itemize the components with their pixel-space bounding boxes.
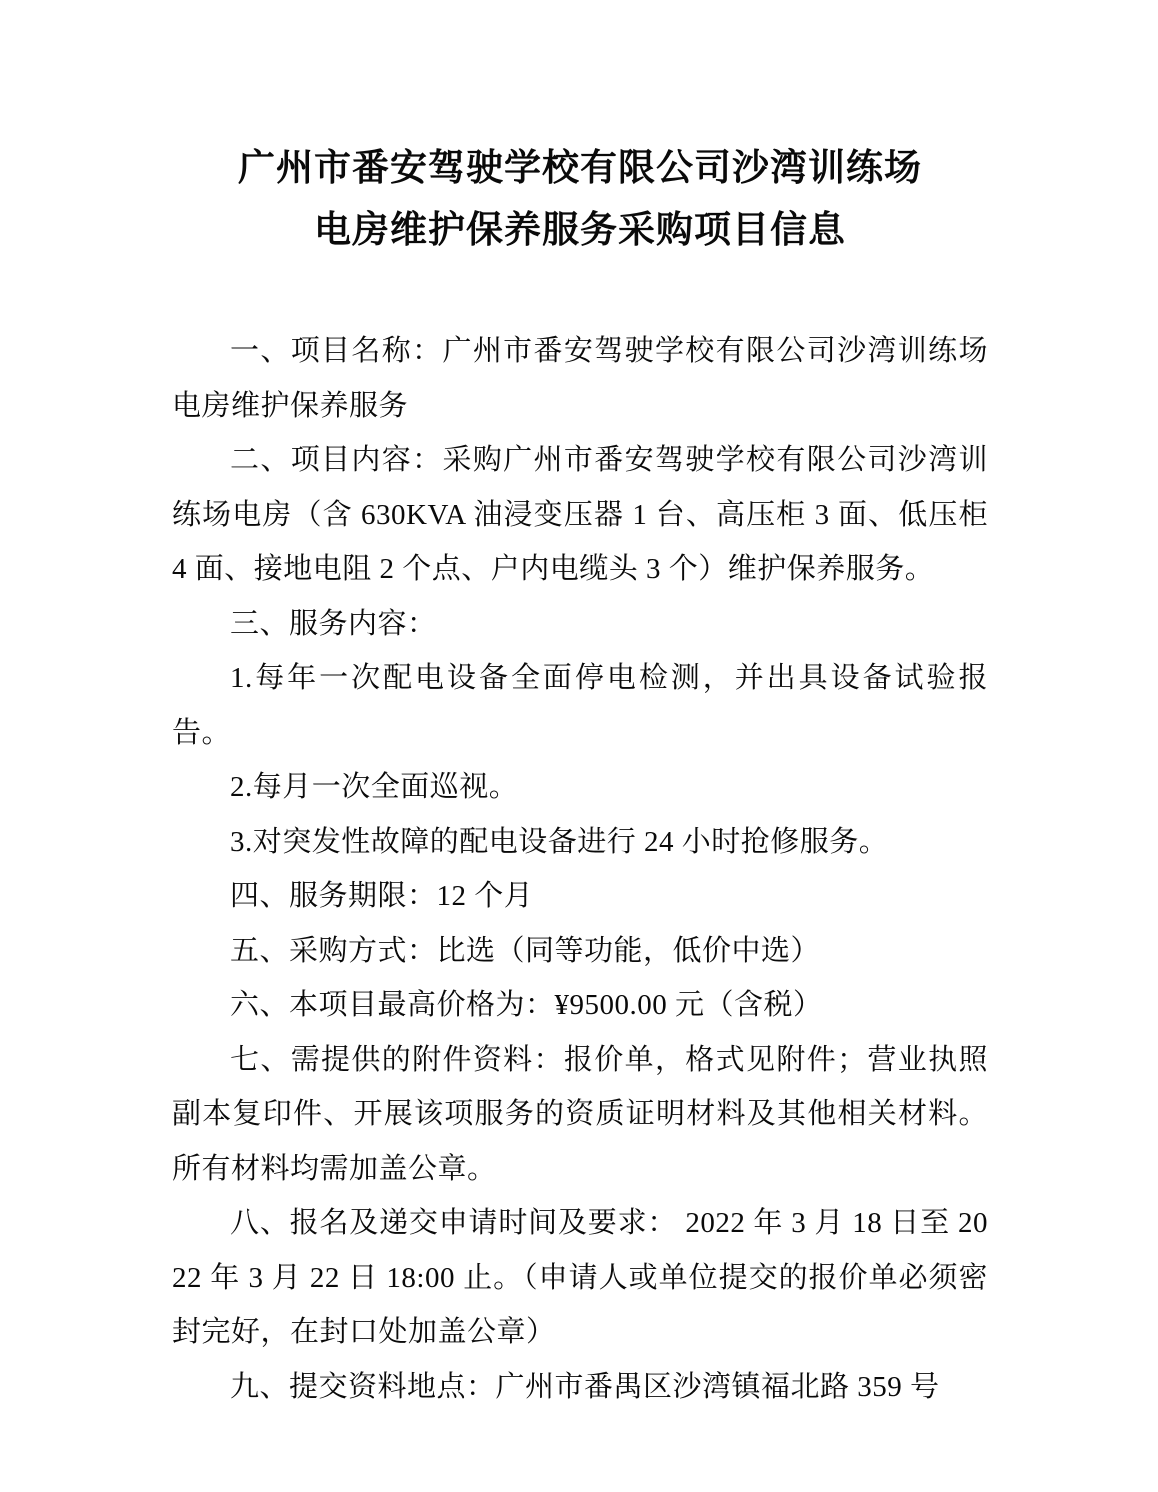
document-page: 广州市番安驾驶学校有限公司沙湾训练场 电房维护保养服务采购项目信息 一、项目名称… — [0, 0, 1158, 1492]
document-content: 广州市番安驾驶学校有限公司沙湾训练场 电房维护保养服务采购项目信息 一、项目名称… — [172, 138, 988, 1414]
paragraph-service-content: 三、服务内容： — [172, 597, 988, 652]
paragraph-service-item-1: 1.每年一次配电设备全面停电检测，并出具设备试验报告。 — [172, 651, 988, 760]
title-line-1: 广州市番安驾驶学校有限公司沙湾训练场 — [172, 138, 988, 200]
paragraph-application-time: 八、报名及递交申请时间及要求： 2022 年 3 月 18 日至 2022 年 … — [172, 1196, 988, 1360]
paragraph-project-content: 二、项目内容：采购广州市番安驾驶学校有限公司沙湾训练场电房（含 630KVA 油… — [172, 433, 988, 597]
paragraph-submission-address: 九、提交资料地点：广州市番禺区沙湾镇福北路 359 号 — [172, 1360, 988, 1415]
document-title: 广州市番安驾驶学校有限公司沙湾训练场 电房维护保养服务采购项目信息 — [172, 138, 988, 262]
paragraph-procurement-method: 五、采购方式：比选（同等功能，低价中选） — [172, 924, 988, 979]
paragraph-required-documents: 七、需提供的附件资料：报价单，格式见附件；营业执照副本复印件、开展该项服务的资质… — [172, 1033, 988, 1197]
paragraph-service-item-3: 3.对突发性故障的配电设备进行 24 小时抢修服务。 — [172, 815, 988, 870]
paragraph-service-item-2: 2.每月一次全面巡视。 — [172, 760, 988, 815]
paragraph-project-name: 一、项目名称：广州市番安驾驶学校有限公司沙湾训练场电房维护保养服务 — [172, 324, 988, 433]
paragraph-max-price: 六、本项目最高价格为：¥9500.00 元（含税） — [172, 978, 988, 1033]
paragraph-service-term: 四、服务期限：12 个月 — [172, 869, 988, 924]
title-line-2: 电房维护保养服务采购项目信息 — [172, 200, 988, 262]
document-body: 一、项目名称：广州市番安驾驶学校有限公司沙湾训练场电房维护保养服务 二、项目内容… — [172, 324, 988, 1414]
